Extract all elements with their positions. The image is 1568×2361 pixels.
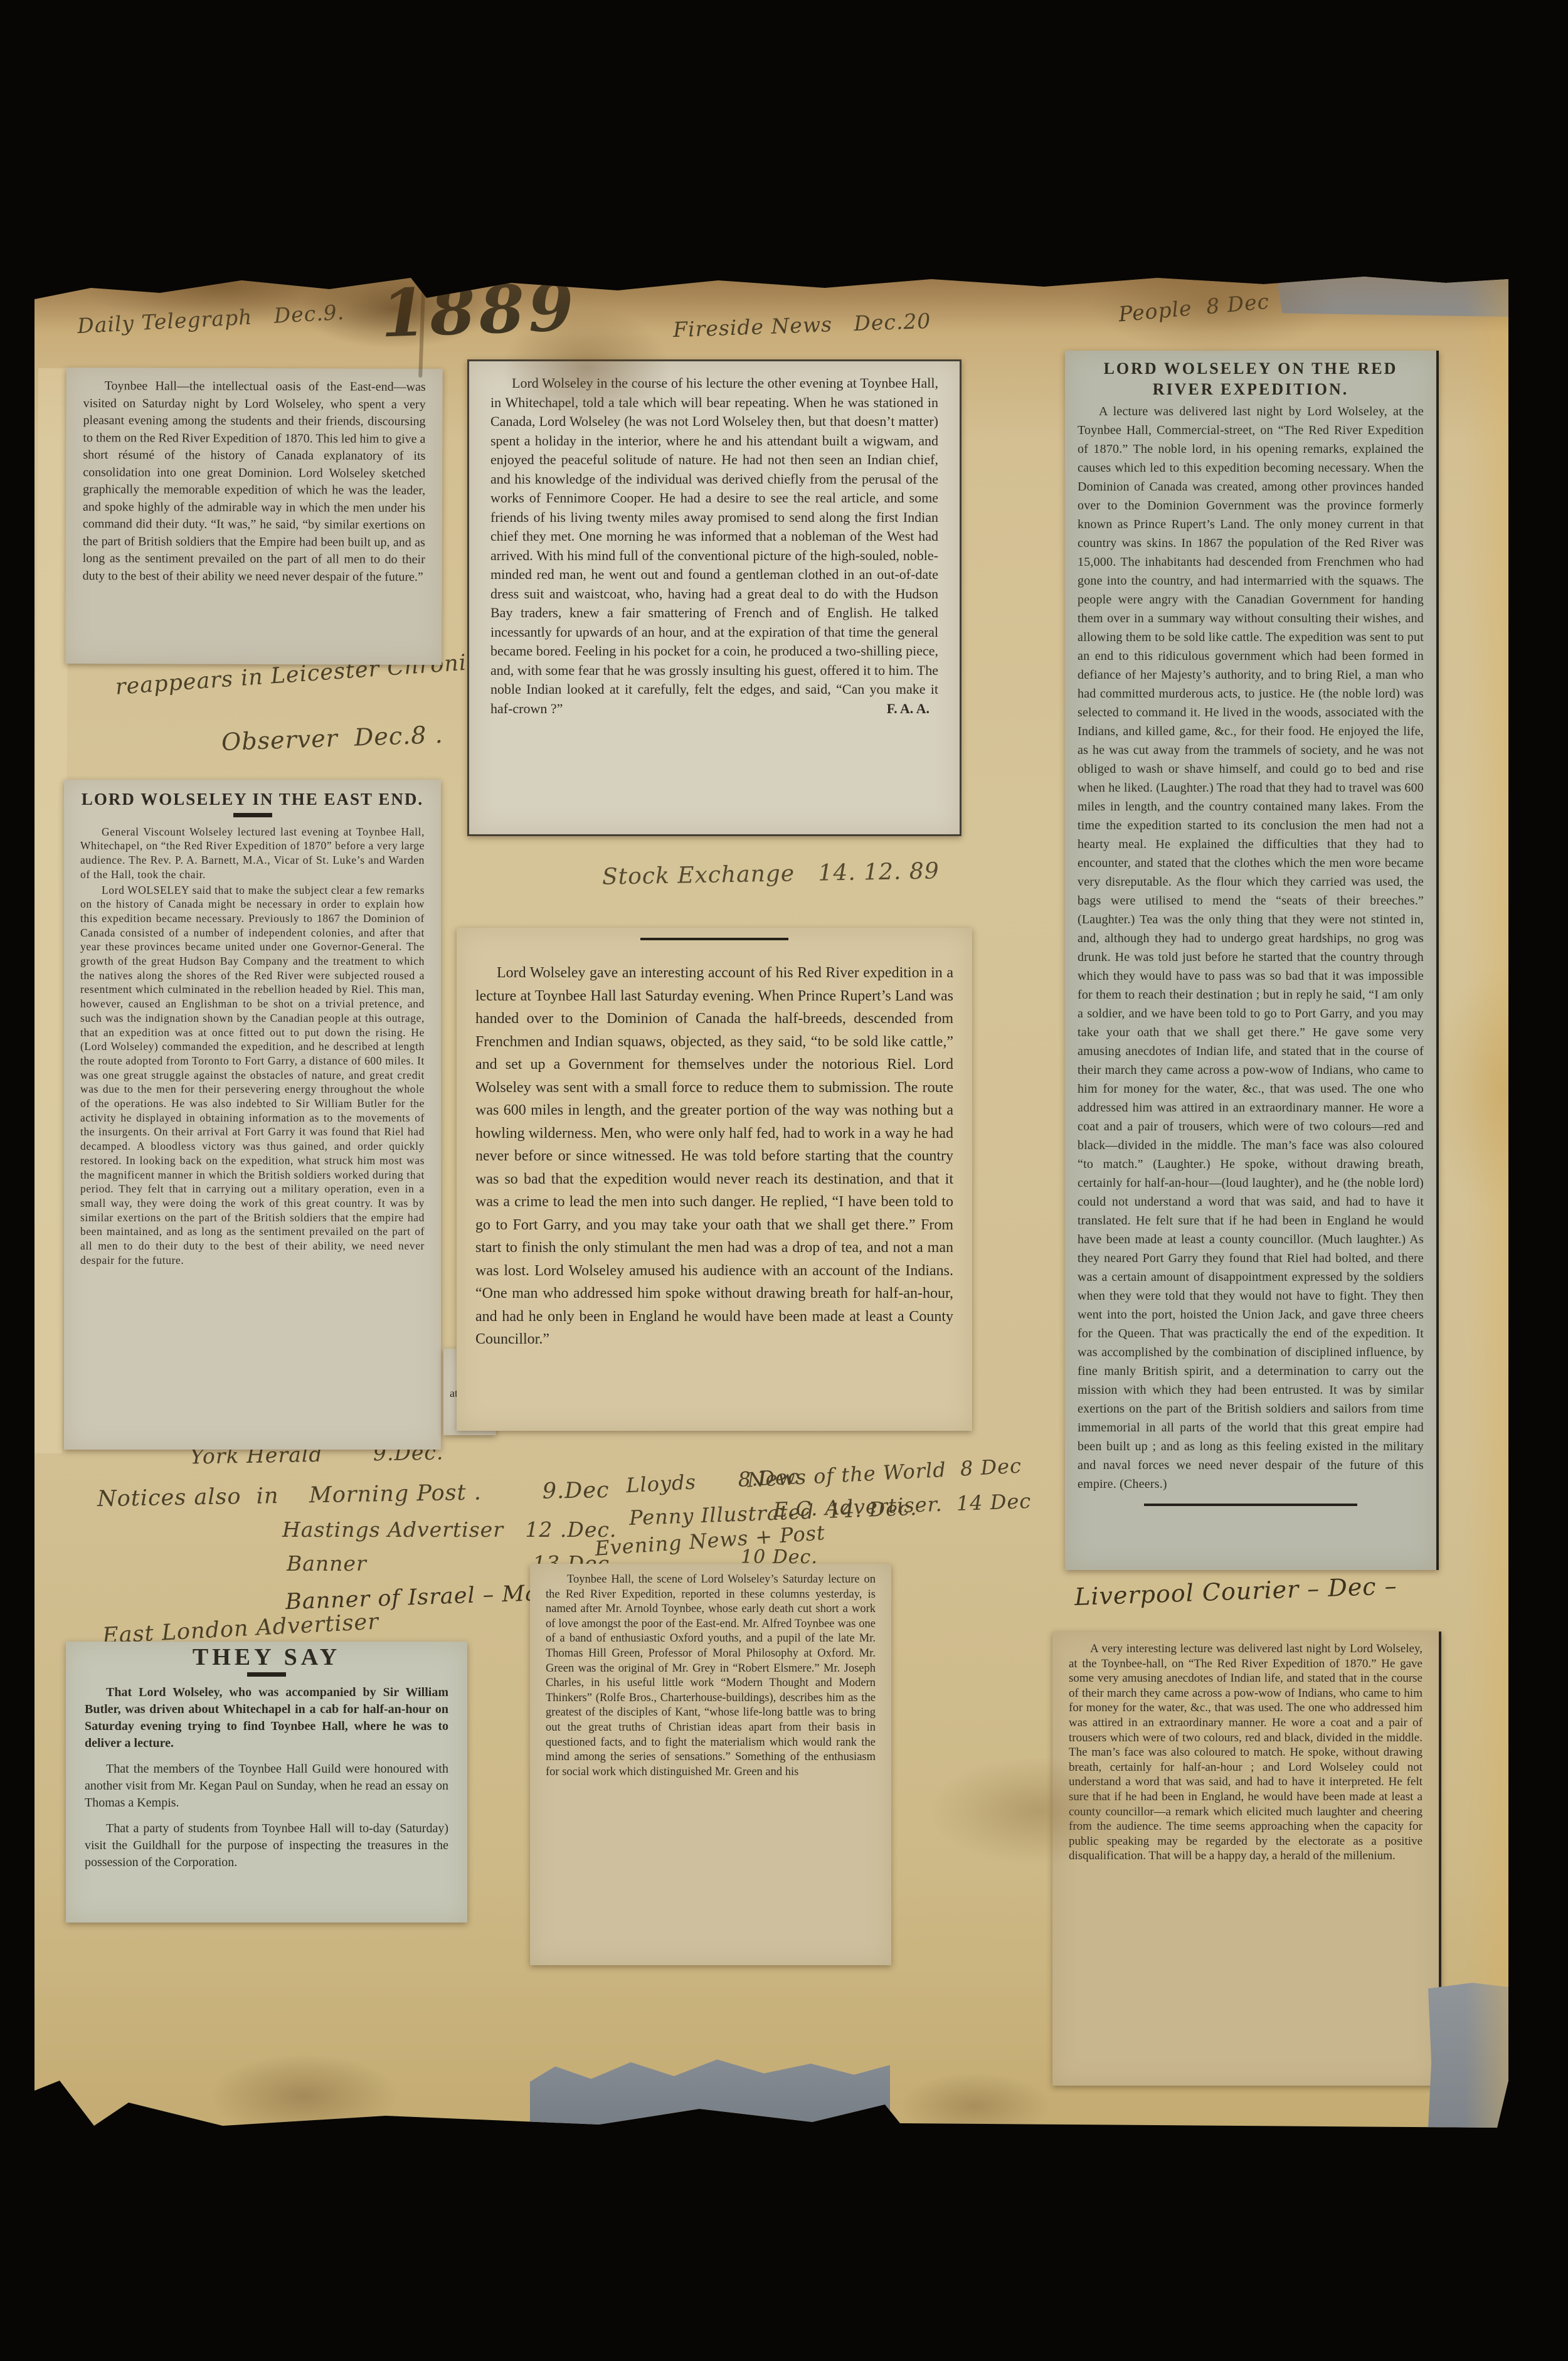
clipping-they-say: THEY SAY That Lord Wolseley, who was acc…: [66, 1642, 467, 1923]
annotation-fireside-news: Fireside News Dec.20: [672, 309, 931, 342]
clipping-headline: THEY SAY: [85, 1649, 448, 1666]
clipping-body-text: That the members of the Toynbee Hall Gui…: [85, 1761, 448, 1812]
clipping-headline-line1: LORD WOLSELEY ON THE RED: [1078, 358, 1424, 379]
clipping-body-text: Lord Wolseley gave an interesting accoun…: [475, 962, 953, 1351]
clipping-toynbee-oasis: Toynbee Hall—the intellectual oasis of t…: [65, 368, 443, 665]
annotation-hastings-advertiser: Hastings Advertiser 12 .Dec.: [282, 1517, 617, 1542]
annotation-ec-advertiser: E.C. Advertiser. 14 Dec: [773, 1489, 1031, 1522]
clipping-stock-exchange-report: Lord Wolseley gave an interesting accoun…: [457, 928, 972, 1431]
top-rule: [640, 938, 788, 940]
clipping-body-text: A very interesting lecture was delivered…: [1069, 1642, 1422, 1864]
annotation-year: 1889: [379, 268, 579, 353]
clipping-headline-line2: RIVER EXPEDITION.: [1078, 379, 1424, 400]
clipping-body-text: Lord WOLSELEY said that to make the subj…: [80, 883, 425, 1268]
paper-patch-bottom-middle: [530, 2058, 890, 2128]
annotation-news-of-the-world: News of the World 8 Dec: [746, 1454, 1022, 1492]
annotation-observer: Observer Dec.8 .: [221, 721, 443, 756]
paper-patch-top-right: [1278, 272, 1508, 317]
clipping-toynbee-hall-named: Toynbee Hall, the scene of Lord Wolseley…: [530, 1564, 891, 1965]
clipping-body-text: Lord Wolseley in the course of his lectu…: [490, 374, 938, 718]
bottom-rule: [1144, 1504, 1357, 1506]
annotation-liverpool-courier: Liverpool Courier – Dec –: [1074, 1572, 1397, 1611]
headline-divider: [247, 1672, 286, 1677]
annotation-stock-exchange: Stock Exchange 14. 12. 89: [602, 858, 940, 889]
clipping-headline: LORD WOLSELEY IN THE EAST END.: [80, 792, 425, 807]
scrapbook-page: Daily Telegraph Dec.9. 1889 Fireside New…: [34, 274, 1508, 2128]
annotation-people: People 8 Dec: [1118, 289, 1271, 327]
clipping-body-text: Toynbee Hall, the scene of Lord Wolseley…: [546, 1573, 876, 1780]
clipping-indian-chief-tale: Lord Wolseley in the course of his lectu…: [467, 359, 961, 836]
annotation-daily-telegraph: Daily Telegraph Dec.9.: [77, 300, 345, 338]
clipping-body-text: General Viscount Wolseley lectured last …: [80, 825, 425, 882]
scanned-scrapbook-photo: Daily Telegraph Dec.9. 1889 Fireside New…: [0, 0, 1568, 2361]
clipping-body-text: Toynbee Hall—the intellectual oasis of t…: [83, 378, 426, 586]
clipping-body-text: That Lord Wolseley, who was accompanied …: [85, 1684, 448, 1752]
clipping-body-text: That a party of students from Toynbee Ha…: [85, 1820, 448, 1871]
clipping-lord-wolseley-east-end: LORD WOLSELEY IN THE EAST END. General V…: [64, 780, 441, 1450]
clipping-body-text: A lecture was delivered last night by Lo…: [1078, 402, 1424, 1494]
headline-divider: [233, 813, 272, 817]
annotation-morning-post: Notices also in Morning Post . 9.Dec: [97, 1478, 610, 1512]
clipping-liverpool-courier-lecture: A very interesting lecture was delivered…: [1052, 1631, 1441, 2086]
clipping-red-river-expedition: LORD WOLSELEY ON THE RED RIVER EXPEDITIO…: [1065, 351, 1439, 1570]
